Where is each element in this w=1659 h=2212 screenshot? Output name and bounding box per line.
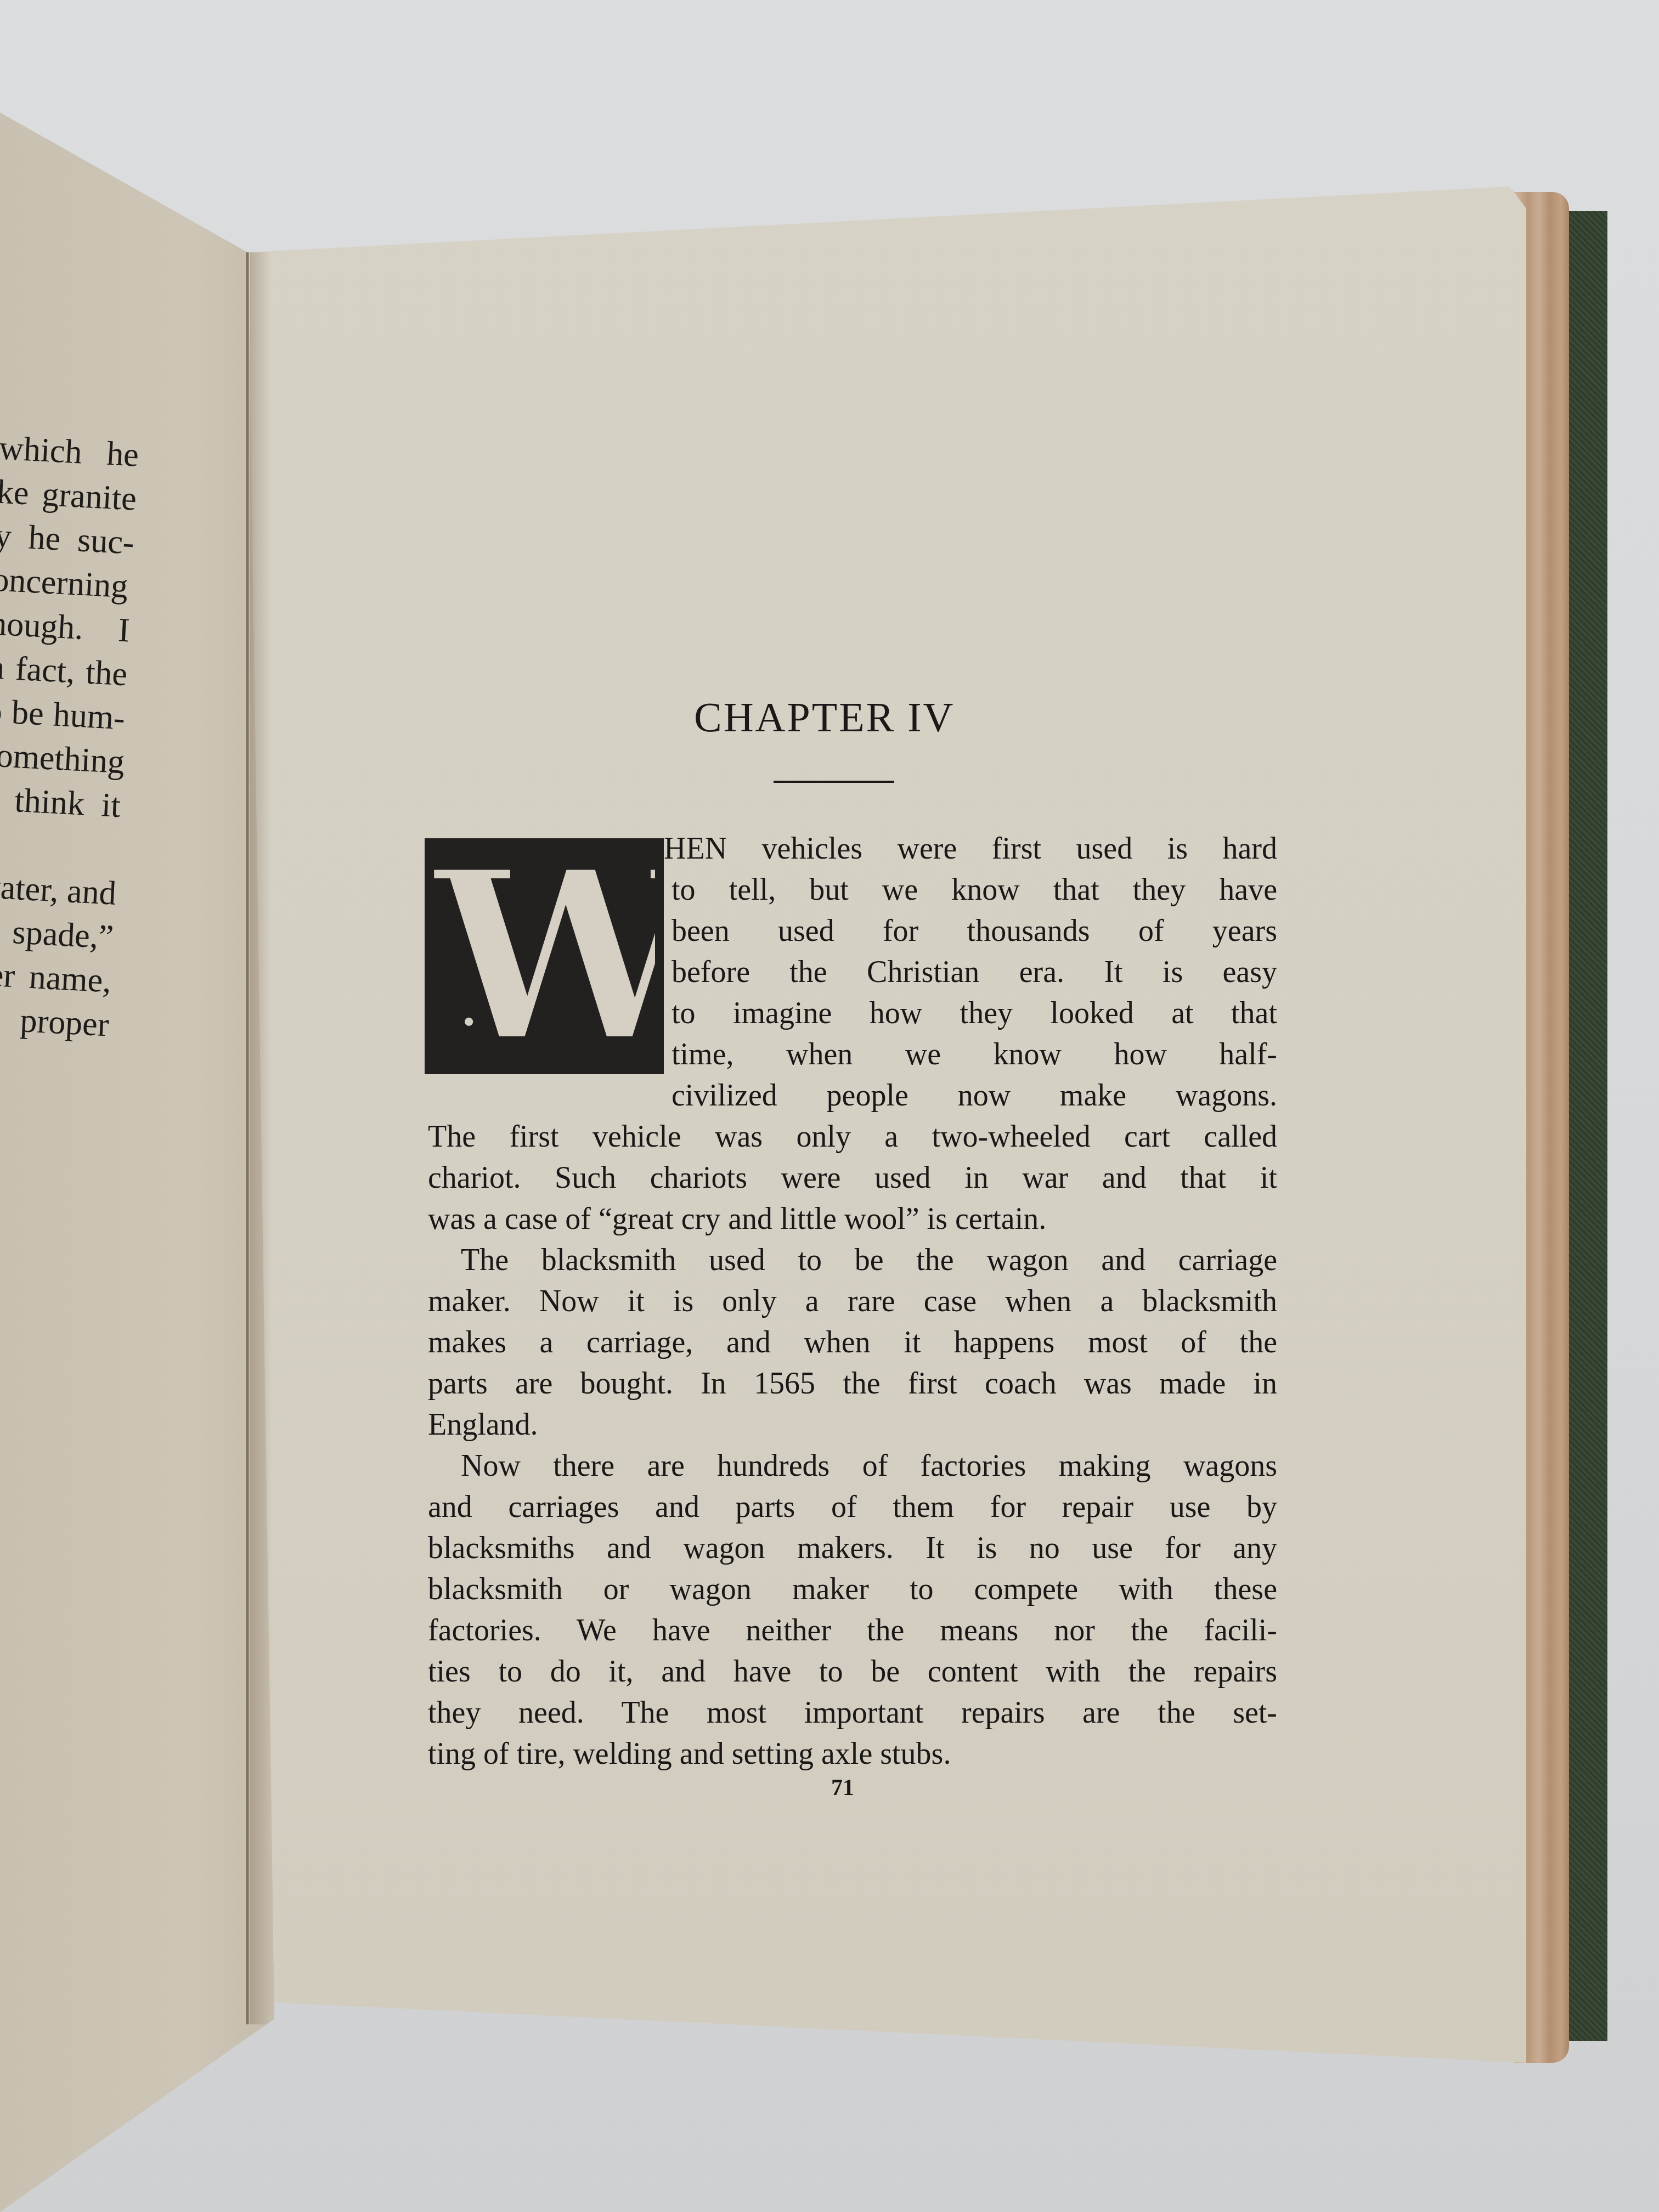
left-line: her name, <box>0 952 112 1003</box>
body-line: to imagine how they looked at that <box>672 993 1277 1034</box>
body-line: The blacksmith used to be the wagon and … <box>428 1240 1277 1281</box>
body-line: factories. We have neither the means nor… <box>428 1610 1277 1651</box>
left-line: something <box>0 733 124 784</box>
chapter-title: CHAPTER IV <box>694 694 1023 742</box>
left-line: o be hum- <box>0 689 126 740</box>
left-line: y he suc- <box>0 513 136 565</box>
left-line: which he <box>0 426 140 477</box>
body-line: makes a carriage, and when it happens mo… <box>428 1322 1277 1363</box>
left-line: its proper <box>0 996 110 1047</box>
left-line: a spade,” <box>0 908 115 959</box>
left-line: n fact, the <box>0 645 128 696</box>
body-line: they need. The most important repairs ar… <box>428 1692 1277 1734</box>
body-line: was a case of “great cry and little wool… <box>428 1199 1277 1240</box>
left-line: y think it <box>0 777 122 828</box>
body-line: Now there are hundreds of factories maki… <box>428 1446 1277 1487</box>
left-line: water, and <box>0 865 117 916</box>
chapter-body-text: HEN vehicles were first used is hard to … <box>428 828 1277 1775</box>
body-line: The first vehicle was only a two-wheeled… <box>428 1116 1277 1158</box>
body-line: HEN vehicles were first used is hard <box>664 828 1277 870</box>
body-line: ting of tire, welding and setting axle s… <box>428 1734 1277 1775</box>
chapter-divider-rule <box>774 781 894 783</box>
book-gutter <box>246 252 249 2024</box>
body-line: before the Christian era. It is easy <box>672 952 1277 993</box>
body-line: maker. Now it is only a rare case when a… <box>428 1281 1277 1322</box>
body-line: blacksmiths and wagon makers. It is no u… <box>428 1528 1277 1569</box>
left-page-text: which he ke granite y he suc- oncerning … <box>0 426 140 1047</box>
body-line: time, when we know how half- <box>672 1034 1277 1075</box>
body-line: blacksmith or wagon maker to compete wit… <box>428 1569 1277 1610</box>
body-line: England. <box>428 1404 1277 1446</box>
body-line: chariot. Such chariots were used in war … <box>428 1158 1277 1199</box>
left-line: oncerning <box>0 557 133 608</box>
left-page: which he ke granite y he suc- oncerning … <box>0 0 274 2212</box>
page-number: 71 <box>831 1775 854 1801</box>
body-line: and carriages and parts of them for repa… <box>428 1487 1277 1528</box>
left-paragraph-gap <box>0 821 119 872</box>
body-line: ties to do it, and have to be content wi… <box>428 1651 1277 1692</box>
gutter-shadow <box>250 252 272 2024</box>
body-line: been used for thousands of years <box>672 911 1277 952</box>
left-line: nough. I <box>0 601 131 652</box>
body-line: parts are bought. In 1565 the first coac… <box>428 1363 1277 1404</box>
body-line: civilized people now make wagons. <box>672 1075 1277 1116</box>
left-line: ke granite <box>0 470 138 521</box>
body-line: to tell, but we know that they have <box>672 870 1277 911</box>
